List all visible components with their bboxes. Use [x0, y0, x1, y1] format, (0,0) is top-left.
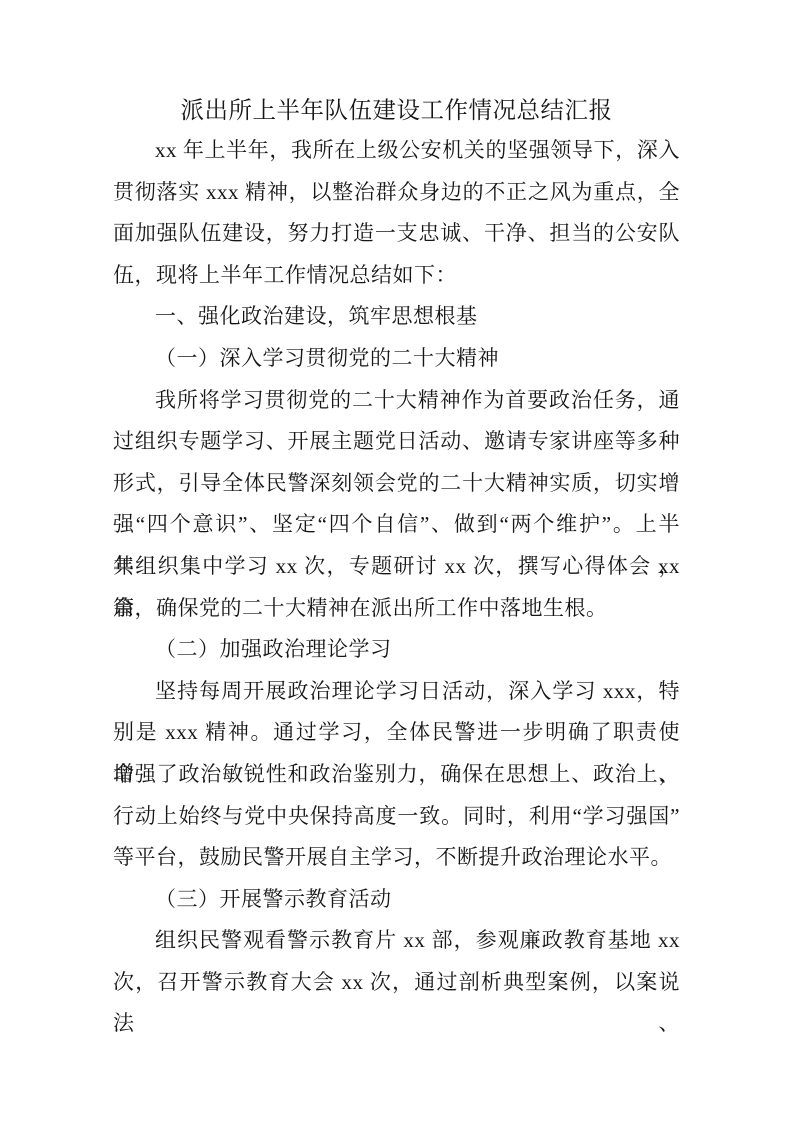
document-line: 次，召开警示教育大会 xx 次，通过剖析典型案例，以案说法、: [113, 962, 680, 1004]
document-line: 别是 xxx 精神。通过学习，全体民警进一步明确了职责使命，: [113, 712, 680, 754]
document-line: （二）加强政治理论学习: [113, 629, 680, 671]
document-line: 伍，现将上半年工作情况总结如下：: [113, 255, 680, 297]
document-line: （一）深入学习贯彻党的二十大精神: [113, 338, 680, 380]
document-line: 贯彻落实 xxx 精神，以整治群众身边的不正之风为重点，全: [113, 172, 680, 214]
document-line: 强“四个意识”、坚定“四个自信”、做到“两个维护”。上半年，: [113, 504, 680, 546]
document-line: 共组织集中学习 xx 次，专题研讨 xx 次，撰写心得体会 xx 余: [113, 546, 680, 588]
document-line: 坚持每周开展政治理论学习日活动，深入学习 xxx，特: [113, 671, 680, 713]
document-line: 增强了政治敏锐性和政治鉴别力，确保在思想上、政治上、: [113, 754, 680, 796]
document-line: 一、强化政治建设，筑牢思想根基: [113, 296, 680, 338]
document-body: xx 年上半年，我所在上级公安机关的坚强领导下，深入贯彻落实 xxx 精神，以整…: [113, 130, 680, 1003]
document-line: 过组织专题学习、开展主题党日活动、邀请专家讲座等多种: [113, 421, 680, 463]
document-line: 行动上始终与党中央保持高度一致。同时，利用“学习强国”: [113, 796, 680, 838]
document-line: xx 年上半年，我所在上级公安机关的坚强领导下，深入: [113, 130, 680, 172]
document-line: 我所将学习贯彻党的二十大精神作为首要政治任务，通: [113, 380, 680, 422]
document-line: 等平台，鼓励民警开展自主学习，不断提升政治理论水平。: [113, 837, 680, 879]
document-line: 形式，引导全体民警深刻领会党的二十大精神实质，切实增: [113, 463, 680, 505]
document-line: 篇，确保党的二十大精神在派出所工作中落地生根。: [113, 588, 680, 630]
document-line: （三）开展警示教育活动: [113, 879, 680, 921]
document-line: 面加强队伍建设，努力打造一支忠诚、干净、担当的公安队: [113, 213, 680, 255]
document-page: 派出所上半年队伍建设工作情况总结汇报 xx 年上半年，我所在上级公安机关的坚强领…: [0, 0, 793, 1122]
document-line: 组织民警观看警示教育片 xx 部，参观廉政教育基地 xx: [113, 920, 680, 962]
document-title: 派出所上半年队伍建设工作情况总结汇报: [113, 94, 680, 128]
